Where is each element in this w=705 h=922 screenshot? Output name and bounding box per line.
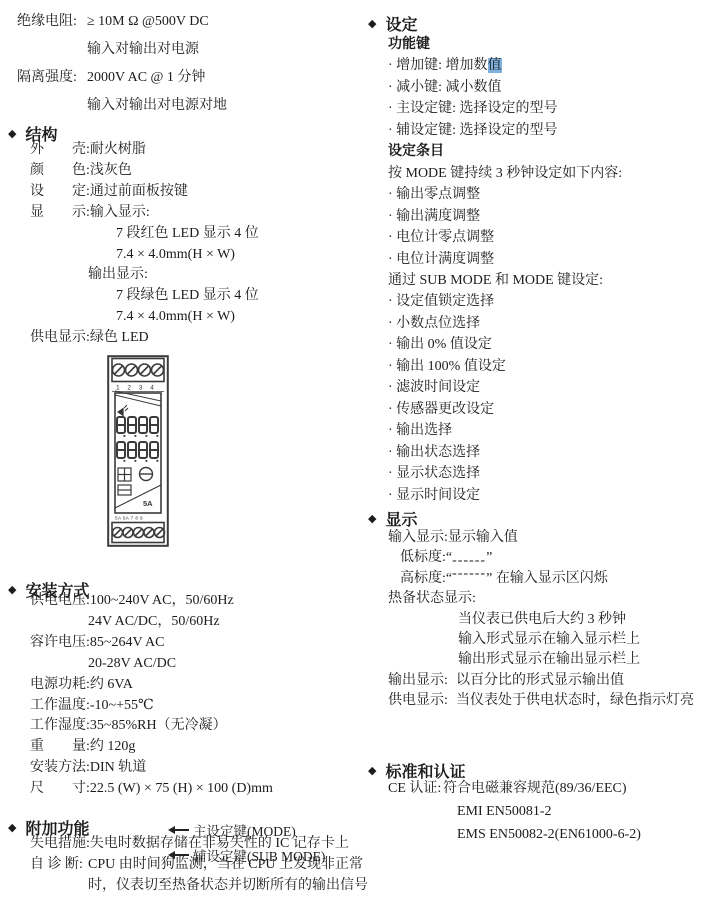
spec-value: 100~240V AC，50/60Hz xyxy=(90,591,234,612)
spec-label: CE 认证: xyxy=(388,777,443,800)
spec-value: 当仪表处于供电状态时，绿色指示灯亮 xyxy=(456,691,694,711)
mode-screw-icon xyxy=(140,468,153,481)
spec-row: 7.4 × 4.0mm(H × W) xyxy=(30,307,360,328)
mode-item: · 电位计满度调整 xyxy=(388,249,700,270)
spec-row: 重 量: 约 120g xyxy=(30,737,360,758)
spec-value: 约 120g xyxy=(90,737,136,758)
high-scale-dashes: ------ xyxy=(452,566,486,581)
spec-value: 2000V AC @ 1 分钟 xyxy=(87,64,205,92)
device-front-view: 1 2 3 4 xyxy=(107,355,169,547)
spec-value: 24V AC/DC，50/60Hz xyxy=(88,612,220,633)
spec-label: 尺 寸: xyxy=(30,779,90,800)
submode-item: · 输出 100% 值设定 xyxy=(388,356,700,377)
spec-row: 设 定: 通过前面板按键 xyxy=(30,182,360,203)
spec-row: 尺 寸: 22.5 (W) × 75 (H) × 100 (D)mm xyxy=(30,779,360,800)
spec-value: 22.5 (W) × 75 (H) × 100 (D)mm xyxy=(90,779,273,800)
increase-button-icon xyxy=(118,468,131,481)
spec-label: 容许电压: xyxy=(30,633,90,654)
spec-row: 供电显示: 绿色 LED xyxy=(30,328,360,349)
function-key-item: · 主设定键: 选择设定的型号 xyxy=(388,98,700,119)
spec-value: EMS EN50082-2(EN61000-6-2) xyxy=(443,823,641,846)
arrow-line xyxy=(175,829,189,831)
submode-item: · 滤波时间设定 xyxy=(388,377,700,398)
highlighted-text: 值 xyxy=(488,58,502,73)
spec-value: 输入对输出对电源 xyxy=(87,36,199,64)
section-title: 设定 xyxy=(385,12,417,35)
top-terminal-numbers: 1 2 3 4 xyxy=(116,385,157,392)
spec-row: 工作温度: -10~+55℃ xyxy=(30,696,360,717)
diamond-bullet-icon: ◆ xyxy=(8,585,16,596)
spec-value: DIN 轨道 xyxy=(90,758,146,779)
quote-close: ” xyxy=(486,550,492,565)
setting-section-body: 功能键 · 增加键: 增加数值 · 减小键: 减小数值 · 主设定键: 选择设定… xyxy=(388,34,700,506)
spec-row: CE 认证: 符合电磁兼容规范(89/36/EEC) xyxy=(388,777,700,800)
section-display-heading: ◆ 显示 xyxy=(368,507,417,530)
spec-value: 20-28V AC/DC xyxy=(88,654,176,675)
spec-row: 工作湿度: 35~85%RH（无冷凝） xyxy=(30,716,360,737)
spec-row: 安装方法: DIN 轨道 xyxy=(30,758,360,779)
spec-row: 7 段绿色 LED 显示 4 位 xyxy=(30,286,360,307)
mode-item-list: · 输出零点调整 · 输出满度调整 · 电位计零点调整 · 电位计满度调整 xyxy=(388,184,700,270)
structure-specs: 外 壳: 耐火树脂 颜 色: 浅灰色 设 定: 通过前面板按键 显 示: 输入显… xyxy=(30,140,360,349)
output-display-digits xyxy=(117,442,158,462)
spec-row: 供电电压: 100~240V AC，50/60Hz xyxy=(30,591,360,612)
spec-label: 供电显示: xyxy=(388,691,456,711)
bottom-terminal-numbers: 5A 6A 7 8 9 xyxy=(115,516,143,521)
spec-row: 容许电压: 85~264V AC xyxy=(30,633,360,654)
spec-value: 输入显示: xyxy=(90,203,150,224)
spec-value: 7 段红色 LED 显示 4 位 xyxy=(88,224,259,245)
spec-value: 以百分比的形式显示输出值 xyxy=(456,671,624,691)
spec-value: EMI EN50081-2 xyxy=(443,800,552,823)
datasheet-page: 绝缘电阻: ≥ 10M Ω @500V DC 输入对输出对电源 隔离强度: 20… xyxy=(0,0,705,922)
spec-value: 输出显示: xyxy=(88,265,148,286)
spec-row: 20-28V AC/DC xyxy=(30,654,360,675)
spec-value: 符合电磁兼容规范(89/36/EEC) xyxy=(443,777,627,800)
function-key-list: · 减小键: 减小数值 · 主设定键: 选择设定的型号 · 辅设定键: 选择设定… xyxy=(388,77,700,141)
spec-row: EMS EN50082-2(EN61000-6-2) xyxy=(388,823,700,846)
standby-lines: 当仪表已供电后大约 3 秒钟 输入形式显示在输入显示栏上 输出形式显示在输出显示… xyxy=(388,610,700,671)
spec-label: 显 示: xyxy=(30,203,90,224)
standby-line: 当仪表已供电后大约 3 秒钟 xyxy=(458,610,700,630)
spec-label: 电源功耗: xyxy=(30,675,90,696)
bottom-terminal-block xyxy=(112,523,165,543)
function-key-item: · 增加键: 增加数值 xyxy=(388,55,700,76)
spec-value: 失电时数据存储在非易失性的 IC 记存卡上 xyxy=(90,833,349,854)
spec-row: 隔离强度: 2000V AC @ 1 分钟 xyxy=(17,64,347,92)
spec-value: 通过前面板按键 xyxy=(90,182,188,203)
top-terminal-block xyxy=(112,359,164,382)
diamond-bullet-icon: ◆ xyxy=(8,823,16,834)
display-section-body: 输入显示: 显示输入值 低标度: “------” 高标度: “------” … xyxy=(388,528,700,712)
spec-value: 输入对输出对电源对地 xyxy=(87,92,227,120)
spec-value: 35~85%RH（无冷凝） xyxy=(90,716,227,737)
spec-row: 外 壳: 耐火树脂 xyxy=(30,140,360,161)
spec-value: 7.4 × 4.0mm(H × W) xyxy=(88,245,235,266)
spec-row: 失电措施: 失电时数据存储在非易失性的 IC 记存卡上 xyxy=(30,833,360,854)
submode-item: · 传感器更改设定 xyxy=(388,399,700,420)
submode-item: · 显示时间设定 xyxy=(388,485,700,506)
spec-label: 颜 色: xyxy=(30,161,90,182)
submode-item-list: · 设定值锁定选择 · 小数点位选择 · 输出 0% 值设定 · 输出 100%… xyxy=(388,291,700,506)
submode-item: · 输出状态选择 xyxy=(388,442,700,463)
display-power-row: 供电显示: 当仪表处于供电状态时，绿色指示灯亮 xyxy=(388,691,700,711)
function-key-item-text: · 增加键: 增加数 xyxy=(388,58,488,73)
mode-intro-line: 按 MODE 键持续 3 秒钟设定如下内容: xyxy=(388,163,700,184)
standby-label: 热备状态显示: xyxy=(388,589,700,609)
standby-line: 输出形式显示在输出显示栏上 xyxy=(458,650,700,670)
spec-value: CPU 由时间狗监测，当在 CPU 上发现非正常 xyxy=(88,854,363,875)
diamond-bullet-icon: ◆ xyxy=(368,514,376,525)
setting-entries-subtitle: 设定条目 xyxy=(388,141,700,162)
spec-value: “------” 在输入显示区闪烁 xyxy=(446,569,608,589)
mode-item: · 输出零点调整 xyxy=(388,184,700,205)
panel-mark-5a: 5A xyxy=(143,499,153,508)
spec-row: 输出显示: xyxy=(30,265,360,286)
function-key-item: · 辅设定键: 选择设定的型号 xyxy=(388,120,700,141)
spec-value: -10~+55℃ xyxy=(90,696,154,717)
spec-row: 自 诊 断: CPU 由时间狗监测，当在 CPU 上发现非正常 xyxy=(30,854,360,875)
spec-value: 7.4 × 4.0mm(H × W) xyxy=(88,307,235,328)
spec-label: 重 量: xyxy=(30,737,90,758)
device-diagram: 电源指示 输入显示 输出显示 增大按键 减小按键 主设定键(MODE) xyxy=(0,352,352,552)
spec-row: 颜 色: 浅灰色 xyxy=(30,161,360,182)
spec-label: 输出显示: xyxy=(388,671,456,691)
input-display-digits xyxy=(117,417,158,437)
diamond-bullet-icon: ◆ xyxy=(368,766,376,777)
spec-label: 安装方法: xyxy=(30,758,90,779)
spec-label: 工作湿度: xyxy=(30,716,90,737)
submode-item: · 显示状态选择 xyxy=(388,463,700,484)
spec-label: 高标度: xyxy=(400,569,446,589)
spec-label: 外 壳: xyxy=(30,140,90,161)
spec-row: EMI EN50081-2 xyxy=(388,800,700,823)
spec-label: 绝缘电阻: xyxy=(17,8,87,36)
spec-label: 隔离强度: xyxy=(17,64,87,92)
spec-row: 24V AC/DC，50/60Hz xyxy=(30,612,360,633)
spec-value: 7 段绿色 LED 显示 4 位 xyxy=(88,286,259,307)
diamond-bullet-icon: ◆ xyxy=(368,19,376,30)
spec-label: 供电电压: xyxy=(30,591,90,612)
spec-label: 低标度: xyxy=(400,548,446,568)
decrease-button-icon xyxy=(118,485,131,495)
spec-row: 输入对输出对电源 xyxy=(17,36,347,64)
insulation-specs: 绝缘电阻: ≥ 10M Ω @500V DC 输入对输出对电源 隔离强度: 20… xyxy=(17,8,347,120)
spec-value: 耐火树脂 xyxy=(90,140,146,161)
spec-row: 7.4 × 4.0mm(H × W) xyxy=(30,245,360,266)
spec-label: 失电措施: xyxy=(30,833,90,854)
spec-row: 时，仪表切至热备状态并切断所有的输出信号 xyxy=(30,875,360,896)
display-high-scale-row: 高标度: “------” 在输入显示区闪烁 xyxy=(388,569,700,589)
spec-label: 工作温度: xyxy=(30,696,90,717)
spec-row: 绝缘电阻: ≥ 10M Ω @500V DC xyxy=(17,8,347,36)
display-low-scale-row: 低标度: “------” xyxy=(388,548,700,568)
submode-intro-line: 通过 SUB MODE 和 MODE 键设定: xyxy=(388,270,700,291)
spec-value: ≥ 10M Ω @500V DC xyxy=(87,8,209,36)
section-setting-heading: ◆ 设定 xyxy=(368,12,417,35)
power-led-icon xyxy=(117,405,128,416)
spec-value: 时，仪表切至热备状态并切断所有的输出信号 xyxy=(88,875,368,896)
function-key-item: · 减小键: 减小数值 xyxy=(388,77,700,98)
spec-row: 显 示: 输入显示: xyxy=(30,203,360,224)
submode-item: · 设定值锁定选择 xyxy=(388,291,700,312)
standards-section-body: CE 认证: 符合电磁兼容规范(89/36/EEC) EMI EN50081-2… xyxy=(388,777,700,846)
spec-value: 约 6VA xyxy=(90,675,133,696)
standby-line: 输入形式显示在输入显示栏上 xyxy=(458,630,700,650)
spec-value: 85~264V AC xyxy=(90,633,165,654)
panel-bottom-diagonal xyxy=(115,485,161,508)
display-input-row: 输入显示: 显示输入值 xyxy=(388,528,700,548)
diamond-bullet-icon: ◆ xyxy=(8,129,16,140)
high-scale-note: 在输入显示区闪烁 xyxy=(492,571,608,586)
spec-row: 输入对输出对电源对地 xyxy=(17,92,347,120)
spec-value: 绿色 LED xyxy=(90,328,149,349)
additional-specs: 失电措施: 失电时数据存储在非易失性的 IC 记存卡上 自 诊 断: CPU 由… xyxy=(30,833,360,896)
submode-item: · 输出选择 xyxy=(388,420,700,441)
spec-row: 7 段红色 LED 显示 4 位 xyxy=(30,224,360,245)
mode-item: · 输出满度调整 xyxy=(388,206,700,227)
installation-specs: 供电电压: 100~240V AC，50/60Hz 24V AC/DC，50/6… xyxy=(30,591,360,800)
spec-label: 自 诊 断: xyxy=(30,854,88,875)
spec-label: 输入显示: xyxy=(388,528,448,548)
mode-item: · 电位计零点调整 xyxy=(388,227,700,248)
section-title: 显示 xyxy=(385,507,417,530)
submode-item: · 输出 0% 值设定 xyxy=(388,334,700,355)
spec-label: 设 定: xyxy=(30,182,90,203)
spec-value: 浅灰色 xyxy=(90,161,132,182)
spec-value: 显示输入值 xyxy=(448,528,518,548)
display-output-row: 输出显示: 以百分比的形式显示输出值 xyxy=(388,671,700,691)
spec-row: 电源功耗: 约 6VA xyxy=(30,675,360,696)
function-keys-subtitle: 功能键 xyxy=(388,34,700,55)
spec-label: 供电显示: xyxy=(30,328,90,349)
submode-item: · 小数点位选择 xyxy=(388,313,700,334)
